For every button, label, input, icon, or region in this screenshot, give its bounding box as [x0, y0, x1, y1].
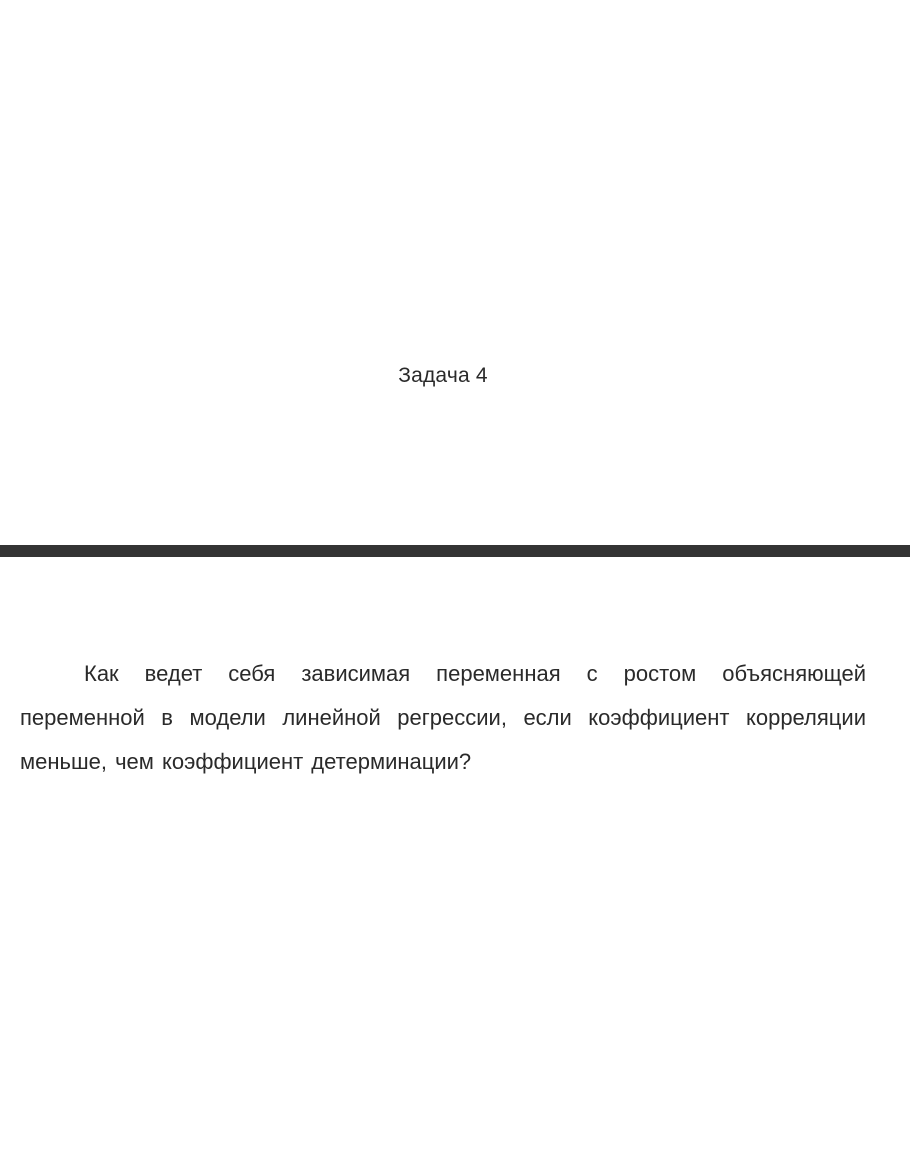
question-paragraph: Как ведет себя зависимая переменная с ро…: [20, 652, 866, 784]
task-title: Задача 4: [0, 364, 886, 388]
page-1: [0, 0, 910, 545]
page-divider: [0, 545, 910, 557]
page-2: [0, 557, 910, 1155]
